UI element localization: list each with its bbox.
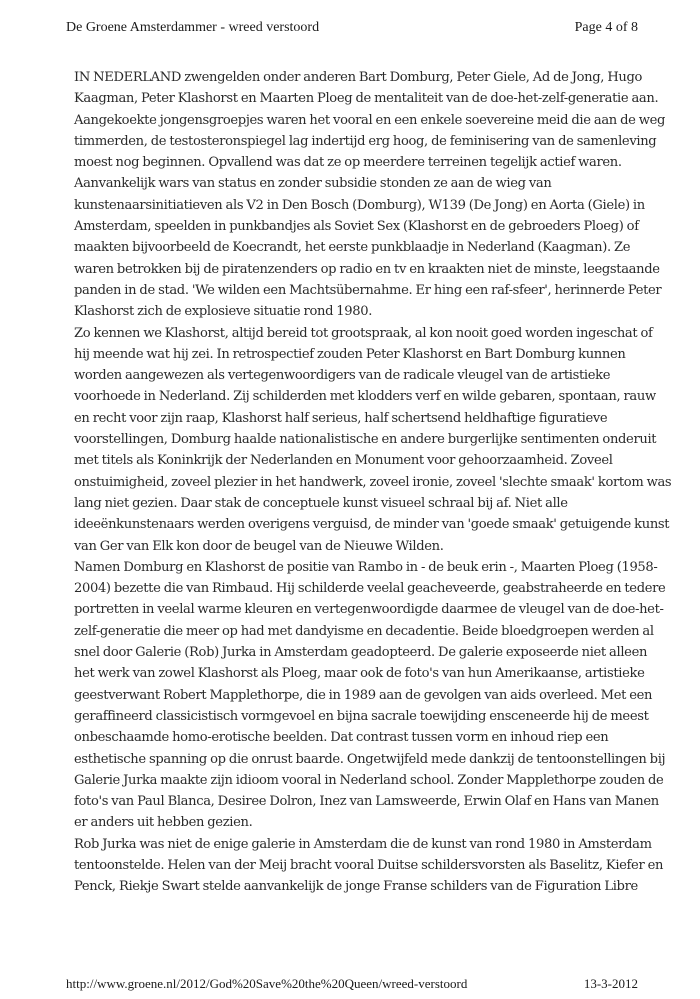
- text-line: geestverwant Robert Mapplethorpe, die in…: [74, 685, 664, 706]
- paragraph-2: Zo kennen we Klashorst, altijd bereid to…: [74, 323, 664, 557]
- text-line: Amsterdam, speelden in punkbandjes als S…: [74, 216, 664, 237]
- text-line: het werk van zowel Klashorst als Ploeg, …: [74, 663, 664, 684]
- text-line: onbeschaamde homo-erotische beelden. Dat…: [74, 727, 664, 748]
- page-header: De Groene Amsterdammer - wreed verstoord…: [66, 20, 638, 40]
- page-indicator: Page 4 of 8: [575, 20, 638, 36]
- text-line: voorhoede in Nederland. Zij schilderden …: [74, 386, 664, 407]
- text-line: IN NEDERLAND zwengelden onder anderen Ba…: [74, 67, 664, 88]
- text-line: Rob Jurka was niet de enige galerie in A…: [74, 834, 664, 855]
- text-line: panden in de stad. 'We wilden een Machts…: [74, 280, 664, 301]
- source-url: http://www.groene.nl/2012/God%20Save%20t…: [66, 976, 467, 992]
- print-date: 13-3-2012: [584, 976, 638, 992]
- text-line: ideeënkunstenaars werden overigens vergu…: [74, 514, 664, 535]
- text-line: geraffineerd classicistisch vormgevoel e…: [74, 706, 664, 727]
- text-line: lang niet gezien. Daar stak de conceptue…: [74, 493, 664, 514]
- text-line: zelf-generatie die meer op had met dandy…: [74, 621, 664, 642]
- text-line: esthetische spanning op die onrust baard…: [74, 749, 664, 770]
- text-line: Aanvankelijk wars van status en zonder s…: [74, 173, 664, 194]
- text-line: hij meende wat hij zei. In retrospectief…: [74, 344, 664, 365]
- text-line: er anders uit hebben gezien.: [74, 812, 664, 833]
- text-line: voorstellingen, Domburg haalde nationali…: [74, 429, 664, 450]
- text-line: waren betrokken bij de piratenzenders op…: [74, 259, 664, 280]
- text-line: portretten in veelal warme kleuren en ve…: [74, 599, 664, 620]
- document-title: De Groene Amsterdammer - wreed verstoord: [66, 20, 319, 36]
- paragraph-4: Rob Jurka was niet de enige galerie in A…: [74, 834, 664, 898]
- text-line: onstuimigheid, zoveel plezier in het han…: [74, 472, 664, 493]
- text-line: Namen Domburg en Klashorst de positie va…: [74, 557, 664, 578]
- text-line: Galerie Jurka maakte zijn idioom vooral …: [74, 770, 664, 791]
- text-line: snel door Galerie (Rob) Jurka in Amsterd…: [74, 642, 664, 663]
- text-line: maakten bijvoorbeeld de Koecrandt, het e…: [74, 237, 664, 258]
- text-line: en recht voor zijn raap, Klashorst half …: [74, 408, 664, 429]
- paragraph-3: Namen Domburg en Klashorst de positie va…: [74, 557, 664, 834]
- page-footer: http://www.groene.nl/2012/God%20Save%20t…: [66, 976, 638, 994]
- text-line: kunstenaarsinitiatieven als V2 in Den Bo…: [74, 195, 664, 216]
- text-line: Aangekoekte jongensgroepjes waren het vo…: [74, 110, 664, 131]
- text-line: met titels als Koninkrijk der Nederlande…: [74, 450, 664, 471]
- article-body: IN NEDERLAND zwengelden onder anderen Ba…: [74, 67, 664, 898]
- text-line: timmerden, de testosteronspiegel lag ind…: [74, 131, 664, 152]
- text-line: tentoonstelde. Helen van der Meij bracht…: [74, 855, 664, 876]
- text-line: Zo kennen we Klashorst, altijd bereid to…: [74, 323, 664, 344]
- text-line: Penck, Riekje Swart stelde aanvankelijk …: [74, 876, 664, 897]
- text-line: Klashorst zich de explosieve situatie ro…: [74, 301, 664, 322]
- text-line: 2004) bezette die van Rimbaud. Hij schil…: [74, 578, 664, 599]
- text-line: foto's van Paul Blanca, Desiree Dolron, …: [74, 791, 664, 812]
- text-line: worden aangewezen als vertegenwoordigers…: [74, 365, 664, 386]
- text-line: moest nog beginnen. Opvallend was dat ze…: [74, 152, 664, 173]
- paragraph-1: IN NEDERLAND zwengelden onder anderen Ba…: [74, 67, 664, 323]
- text-line: van Ger van Elk kon door de beugel van d…: [74, 536, 664, 557]
- text-line: Kaagman, Peter Klashorst en Maarten Ploe…: [74, 88, 664, 109]
